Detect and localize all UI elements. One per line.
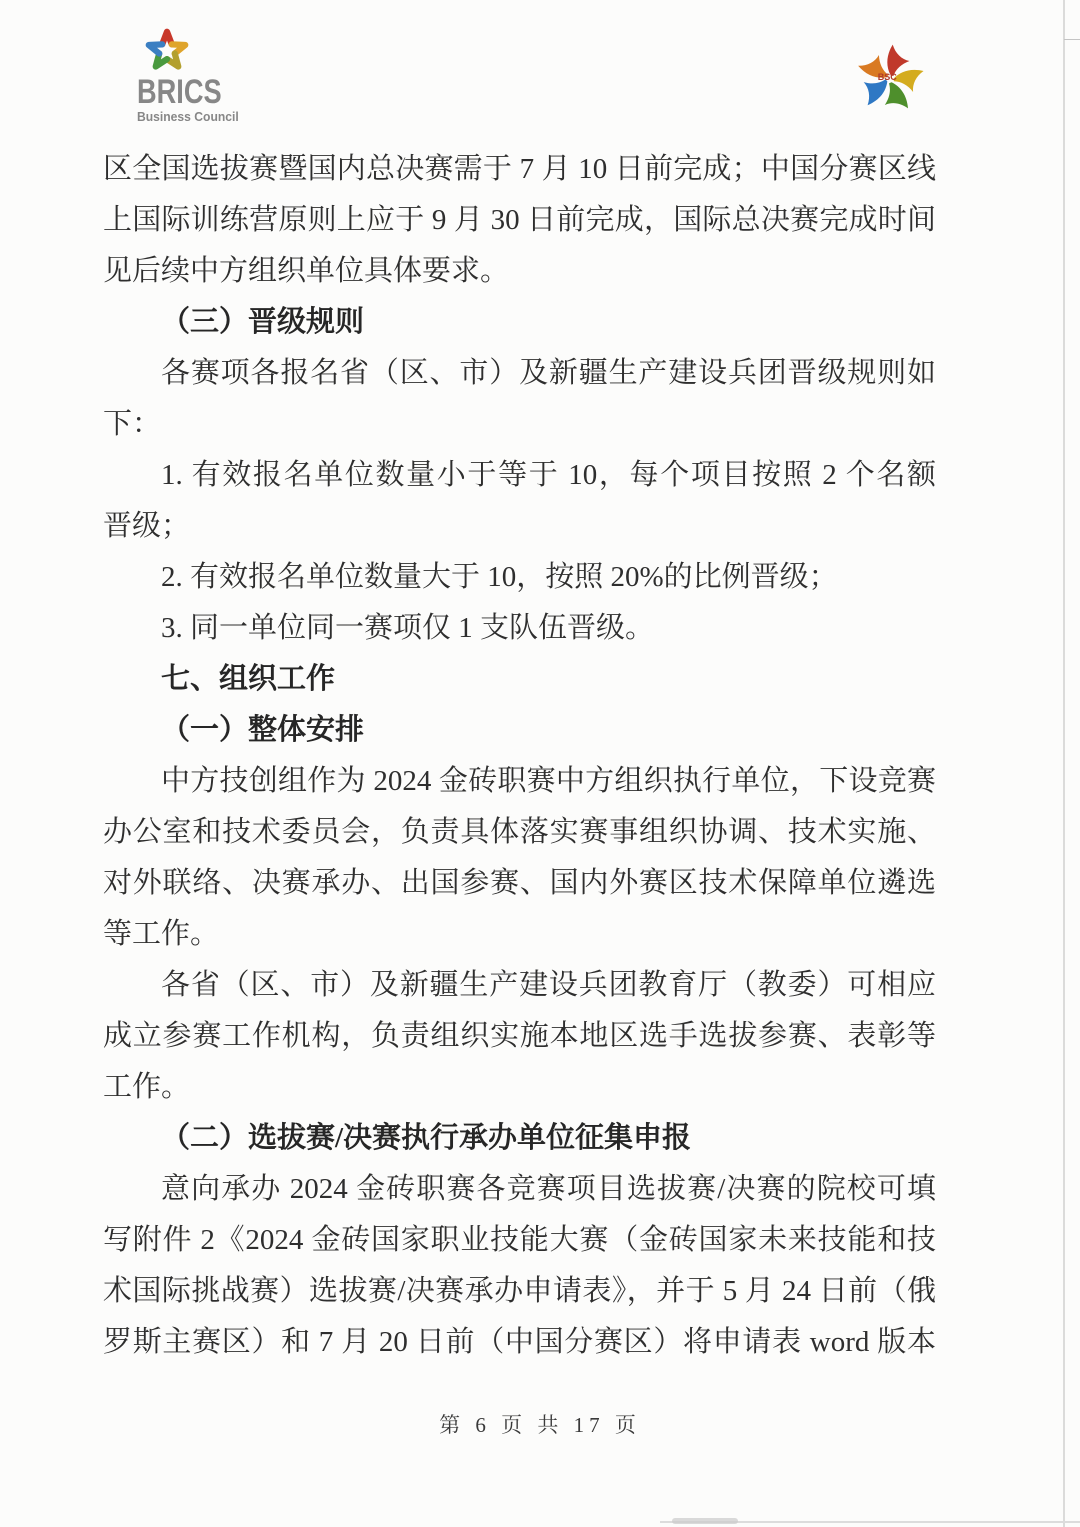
text-line: 晋级； (103, 501, 936, 552)
document-body: 区全国选拔赛暨国内总决赛需于 7 月 10 日前完成；中国分赛区线 上国际训练营… (103, 144, 936, 1368)
list-item-1: 1. 有效报名单位数量小于等于 10，每个项目按照 2 个名额 (103, 450, 936, 501)
brics-wordmark: BRICS (137, 77, 222, 107)
text-line: 成立参赛工作机构，负责组织实施本地区选手选拔参赛、表彰等 (103, 1011, 936, 1062)
heading-section-3-promotion-rules: （三）晋级规则 (103, 297, 936, 348)
text-line: 各省（区、市）及新疆生产建设兵团教育厅（教委）可相应 (103, 960, 936, 1011)
list-item-2: 2. 有效报名单位数量大于 10，按照 20%的比例晋级； (103, 552, 936, 603)
text-line: 中方技创组作为 2024 金砖职赛中方组织执行单位，下设竞赛 (103, 756, 936, 807)
text-line: 办公室和技术委员会，负责具体落实赛事组织协调、技术实施、 (103, 807, 936, 858)
text-line: 各赛项各报名省（区、市）及新疆生产建设兵团晋级规则如 (103, 348, 936, 399)
text-line: 上国际训练营原则上应于 9 月 30 日前完成，国际总决赛完成时间 (103, 195, 936, 246)
scan-artifact-right-tick (1064, 39, 1080, 40)
bsc-center-label: BSC (878, 72, 898, 82)
text-line: 下： (103, 399, 936, 450)
page-number-text: 第 6 页 共 17 页 (439, 1413, 641, 1437)
star-segment-upper-left (149, 44, 162, 53)
brics-business-council-logo: BRICS Business Council (137, 26, 243, 126)
text-line: 意向承办 2024 金砖职赛各竞赛项目选拔赛/决赛的院校可填 (103, 1164, 936, 1215)
heading-2-host-application: （二）选拔赛/决赛执行承办单位征集申报 (103, 1113, 936, 1164)
brics-star-icon (142, 26, 192, 74)
scan-artifact-bottom-smudge (672, 1518, 738, 1524)
heading-1-overall-arrangement: （一）整体安排 (103, 705, 936, 756)
heading-7-organization-work: 七、组织工作 (103, 654, 936, 705)
text-line: 区全国选拔赛暨国内总决赛需于 7 月 10 日前完成；中国分赛区线 (103, 144, 936, 195)
list-item-3: 3. 同一单位同一赛项仅 1 支队伍晋级。 (103, 603, 936, 654)
page-number: 第 6 页 共 17 页 (0, 1405, 1080, 1445)
scan-artifact-right-edge-line (1063, 0, 1065, 1527)
brics-subtitle: Business Council (137, 110, 239, 124)
text-line: 罗斯主赛区）和 7 月 20 日前（中国分赛区）将申请表 word 版本 (103, 1317, 936, 1368)
bsc-pinwheel-logo: BSC (845, 34, 935, 124)
text-line: 对外联络、决赛承办、出国参赛、国内外赛区技术保障单位遴选 (103, 858, 936, 909)
text-line: 等工作。 (103, 909, 936, 960)
text-line: 术国际挑战赛）选拔赛/决赛承办申请表》，并于 5 月 24 日前（俄 (103, 1266, 936, 1317)
text-line: 见后续中方组织单位具体要求。 (103, 246, 936, 297)
text-line: 工作。 (103, 1062, 936, 1113)
text-line: 写附件 2《2024 金砖国家职业技能大赛（金砖国家未来技能和技 (103, 1215, 936, 1266)
